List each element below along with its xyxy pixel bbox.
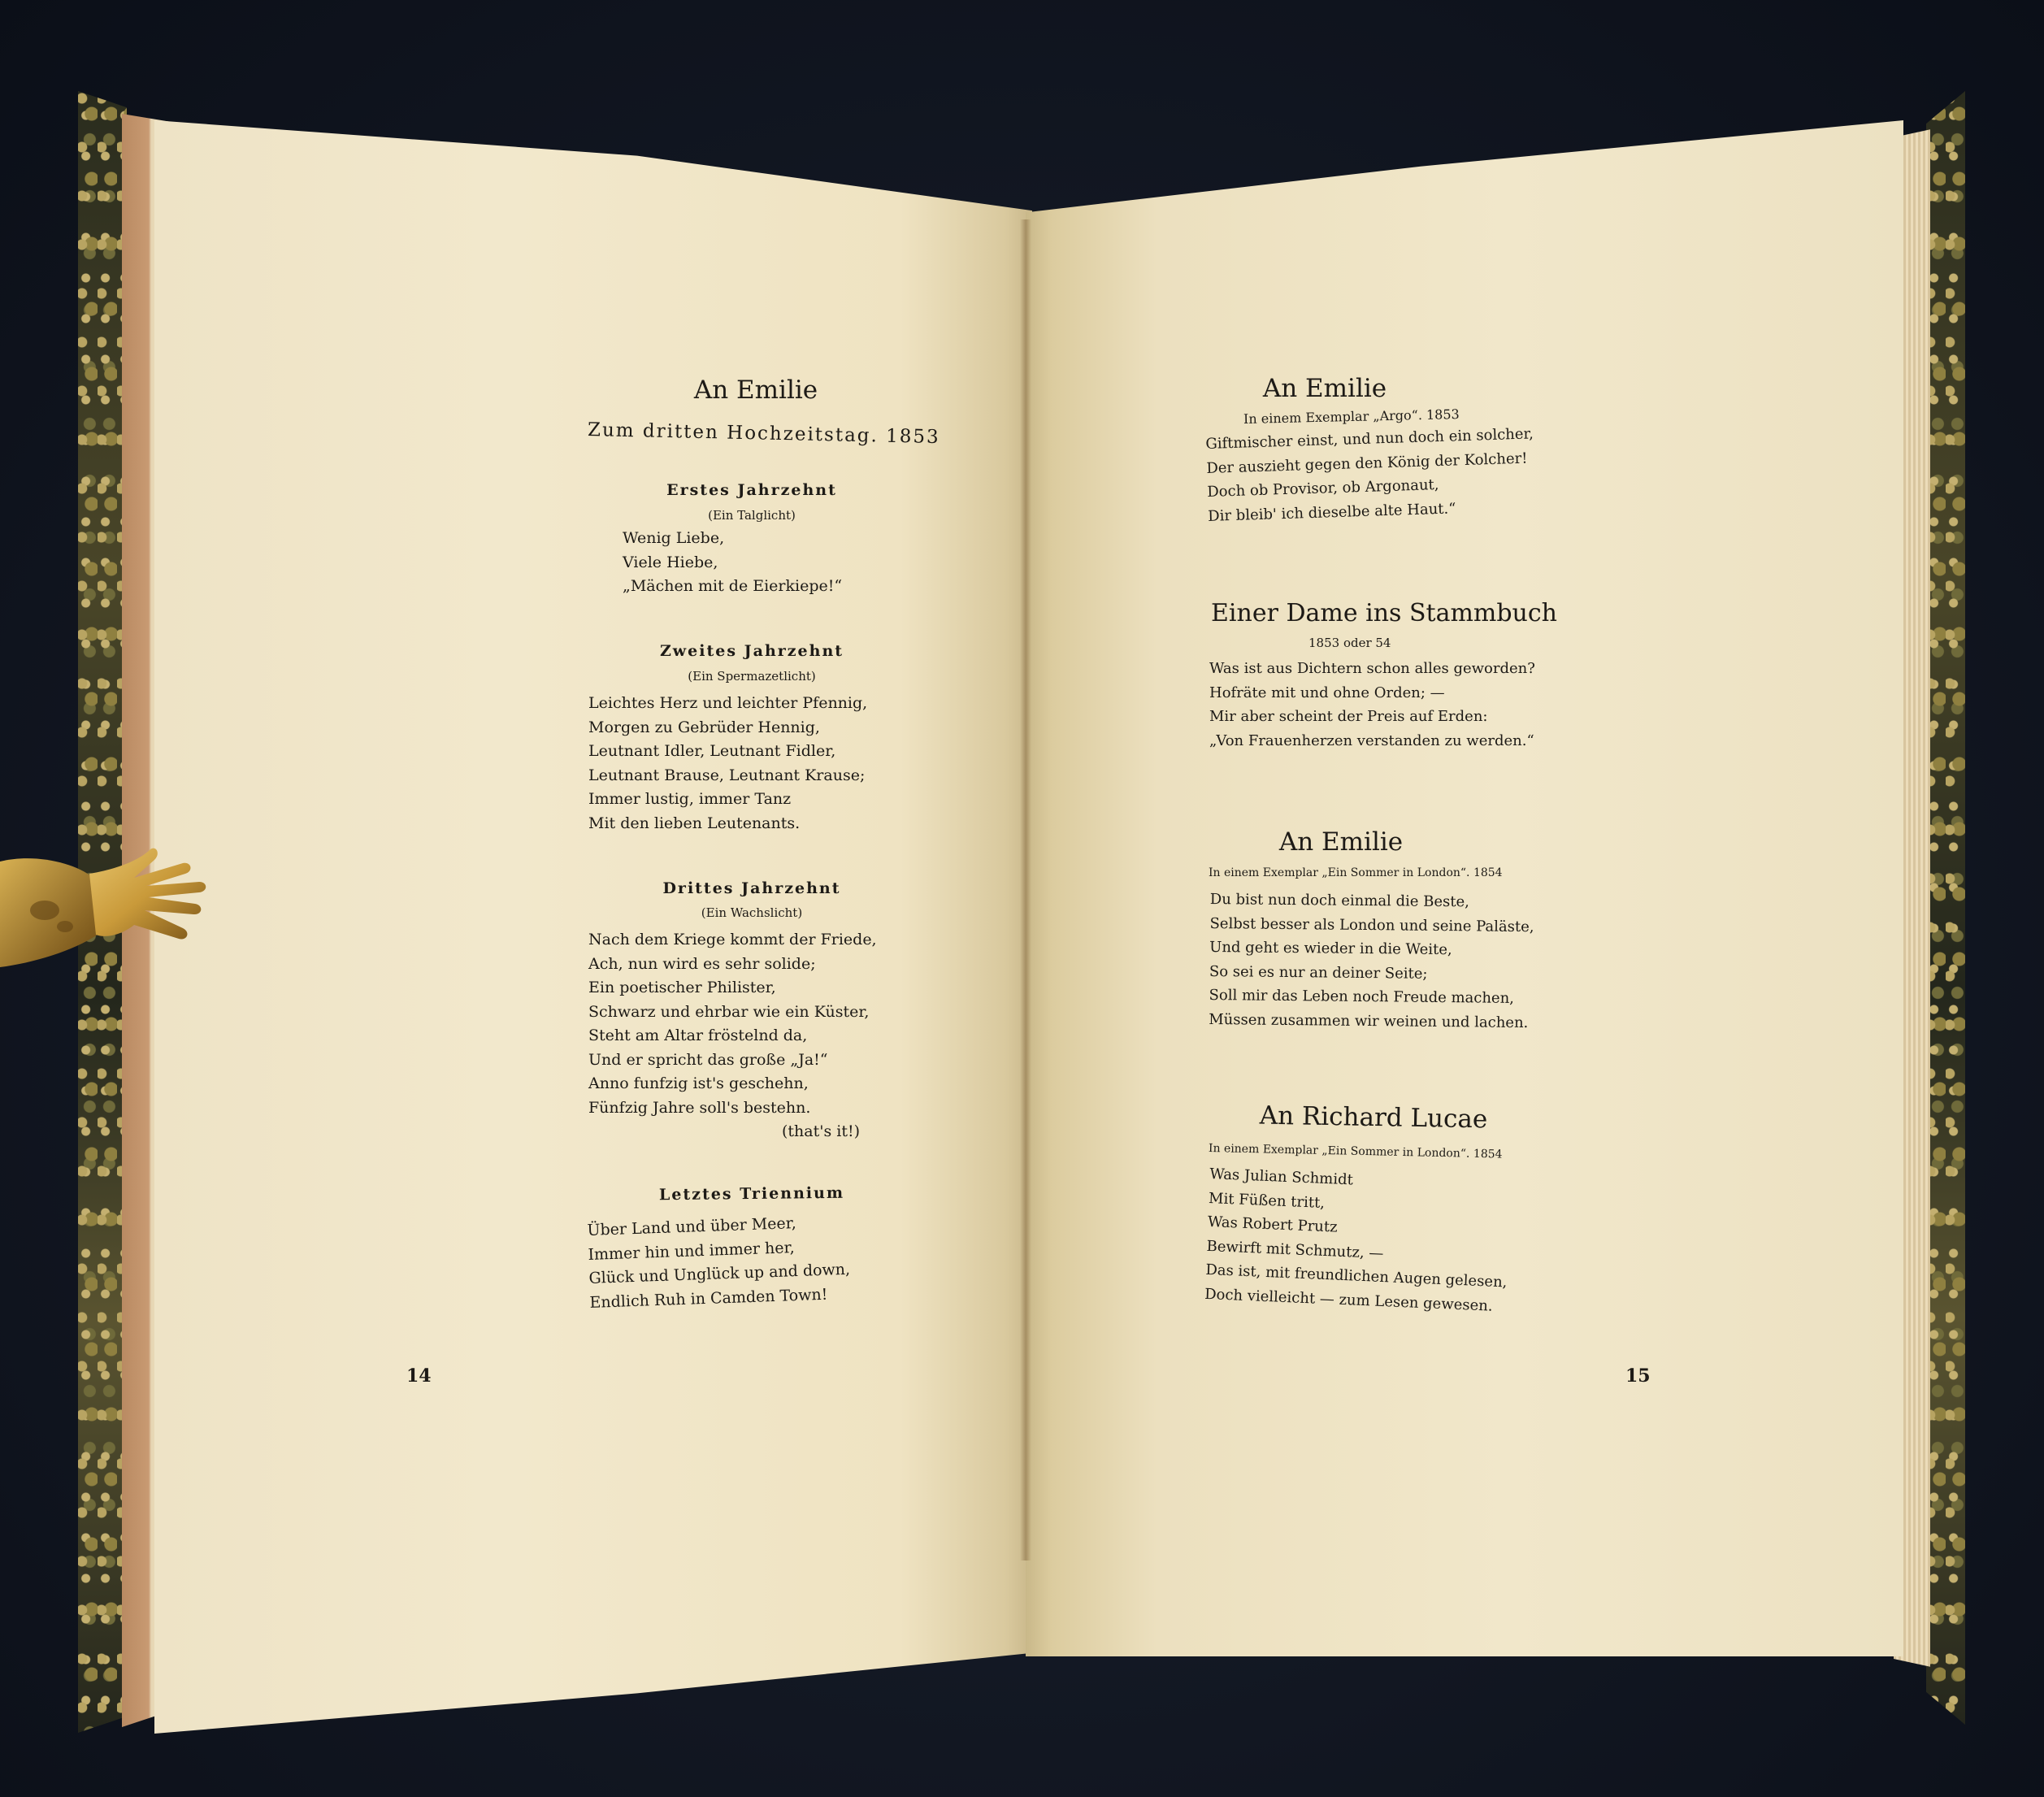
right-poem-subtitle-3: In einem Exemplar „Ein Sommer in London“… (1209, 866, 1503, 879)
verse-line: Hofräte mit und ohne Orden; — (1209, 681, 1535, 705)
verse-line: Leutnant Idler, Leutnant Fidler, (588, 740, 867, 764)
verse-line: Morgen zu Gebrüder Hennig, (588, 716, 867, 740)
verse-line: Müssen zusammen wir weinen und lachen. (1209, 1007, 1533, 1035)
section-note-1: (Ein Talglicht) (618, 508, 886, 523)
section-aside: (that's it!) (782, 1120, 860, 1144)
verse-line: Leichtes Herz und leichter Pfennig, (588, 692, 867, 716)
left-page (154, 120, 1032, 1734)
right-poem-title-3: An Emilie (1219, 827, 1463, 857)
section-note-3: (Ein Wachslicht) (618, 905, 886, 920)
verse-line: Anno funfzig ist's geschehn, (588, 1072, 877, 1096)
verse-line: Ein poetischer Philister, (588, 976, 877, 1001)
verse-line: Und geht es wieder in die Weite, (1209, 935, 1534, 963)
right-poem-lines-1: Giftmischer einst, und nun doch ein solc… (1205, 422, 1536, 528)
brass-hand-bookmark-icon (0, 813, 211, 975)
right-poem-lines-2: Was ist aus Dichtern schon alles geworde… (1209, 657, 1535, 753)
right-poem-title-1: An Emilie (1203, 374, 1447, 403)
verse-line: Leutnant Brause, Leutnant Krause; (588, 764, 867, 788)
verse-line: Mit den lieben Leutenants. (588, 812, 867, 836)
section-lines-1: Wenig Liebe, Viele Hiebe, „Mächen mit de… (623, 527, 842, 599)
right-poem-subtitle-2: 1853 oder 54 (1308, 636, 1391, 650)
verse-line: Du bist nun doch einmal die Beste, (1210, 888, 1534, 915)
verse-line: Soll mir das Leben noch Freude machen, (1209, 983, 1533, 1011)
section-heading-2: Zweites Jahrzehnt (618, 642, 886, 660)
section-heading-1: Erstes Jahrzehnt (618, 481, 886, 499)
verse-line: Viele Hiebe, (623, 551, 842, 575)
marbled-cover-right-edge (1926, 91, 1965, 1725)
verse-line: Steht am Altar fröstelnd da, (588, 1024, 877, 1048)
right-poem-title-2: Einer Dame ins Stammbuch (1211, 599, 1504, 627)
right-poem-lines-4: Was Julian Schmidt Mit Füßen tritt, Was … (1204, 1162, 1512, 1318)
left-poem-title: An Emilie (585, 375, 927, 405)
section-lines-3: Nach dem Kriege kommt der Friede, Ach, n… (588, 928, 877, 1120)
verse-line: So sei es nur an deiner Seite; (1209, 959, 1534, 987)
verse-line: Schwarz und ehrbar wie ein Küster, (588, 1001, 877, 1025)
verse-line: Ach, nun wird es sehr solide; (588, 953, 877, 977)
verse-line: Wenig Liebe, (623, 527, 842, 551)
right-poem-lines-3: Du bist nun doch einmal die Beste, Selbs… (1209, 888, 1534, 1035)
verse-line: „Von Frauenherzen verstanden zu werden.“ (1209, 729, 1535, 753)
verse-line: Selbst besser als London und seine Paläs… (1209, 911, 1534, 939)
right-poem-title-4: An Richard Lucae (1252, 1100, 1496, 1134)
page-number-right: 15 (1625, 1365, 1651, 1387)
verse-line: Und er spricht das große „Ja!“ (588, 1048, 877, 1073)
page-number-left: 14 (406, 1365, 432, 1387)
section-lines-4: Über Land und über Meer, Immer hin und i… (587, 1210, 852, 1315)
verse-line: Nach dem Kriege kommt der Friede, (588, 928, 877, 953)
right-page (1026, 120, 1903, 1656)
section-heading-3: Drittes Jahrzehnt (618, 879, 886, 897)
section-heading-4: Letztes Triennium (618, 1183, 886, 1204)
verse-line: Was ist aus Dichtern schon alles geworde… (1209, 657, 1535, 681)
verse-line: „Mächen mit de Eierkiepe!“ (623, 575, 842, 599)
verse-line: Immer lustig, immer Tanz (588, 788, 867, 812)
section-lines-2: Leichtes Herz und leichter Pfennig, Morg… (588, 692, 867, 836)
verse-line: Mir aber scheint der Preis auf Erden: (1209, 705, 1535, 729)
section-note-2: (Ein Spermazetlicht) (618, 669, 886, 684)
book-gutter (1020, 219, 1031, 1560)
verse-line: Fünfzig Jahre soll's bestehn. (588, 1096, 877, 1121)
